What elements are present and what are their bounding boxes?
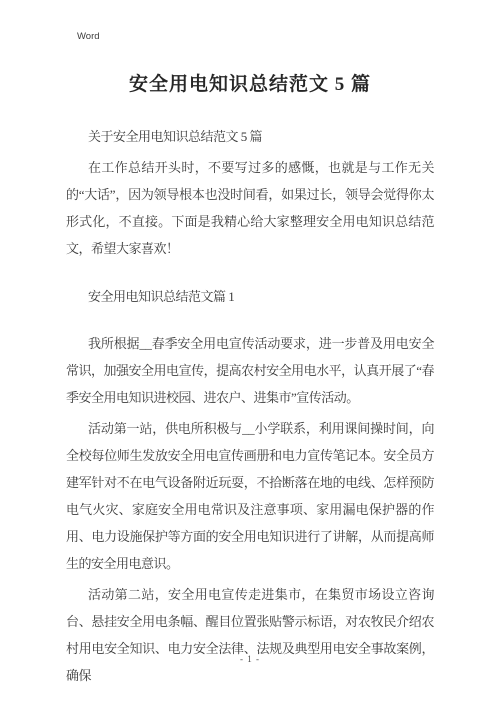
- app-label-word: Word: [77, 31, 100, 42]
- document-title: 安全用电知识总结范文 5 篇: [66, 70, 434, 100]
- section1-paragraph-1: 我所根据__春季安全用电宣传活动要求，进一步普及用电安全常识，加强安全用电宣传，…: [66, 330, 434, 411]
- page-number: - 1 -: [0, 654, 500, 664]
- section1-paragraph-2: 活动第一站，供电所积极与__小学联系，利用课间操时间，向全校每位师生发放安全用电…: [66, 415, 434, 577]
- word-document-page: Word 安全用电知识总结范文 5 篇 关于安全用电知识总结范文 5 篇 在工作…: [0, 0, 500, 707]
- intro-line: 关于安全用电知识总结范文 5 篇: [66, 123, 434, 150]
- opening-paragraph: 在工作总结开头时，不要写过多的感慨，也就是与工作无关的“大话”，因为领导根本也没…: [66, 154, 434, 262]
- document-content: 安全用电知识总结范文 5 篇 关于安全用电知识总结范文 5 篇 在工作总结开头时…: [66, 70, 434, 693]
- section-heading-part-1: 安全用电知识总结范文篇 1: [66, 283, 434, 310]
- section1-paragraph-3: 活动第二站，安全用电宣传走进集市，在集贸市场设立咨询台、悬挂安全用电条幅、醒目位…: [66, 581, 434, 689]
